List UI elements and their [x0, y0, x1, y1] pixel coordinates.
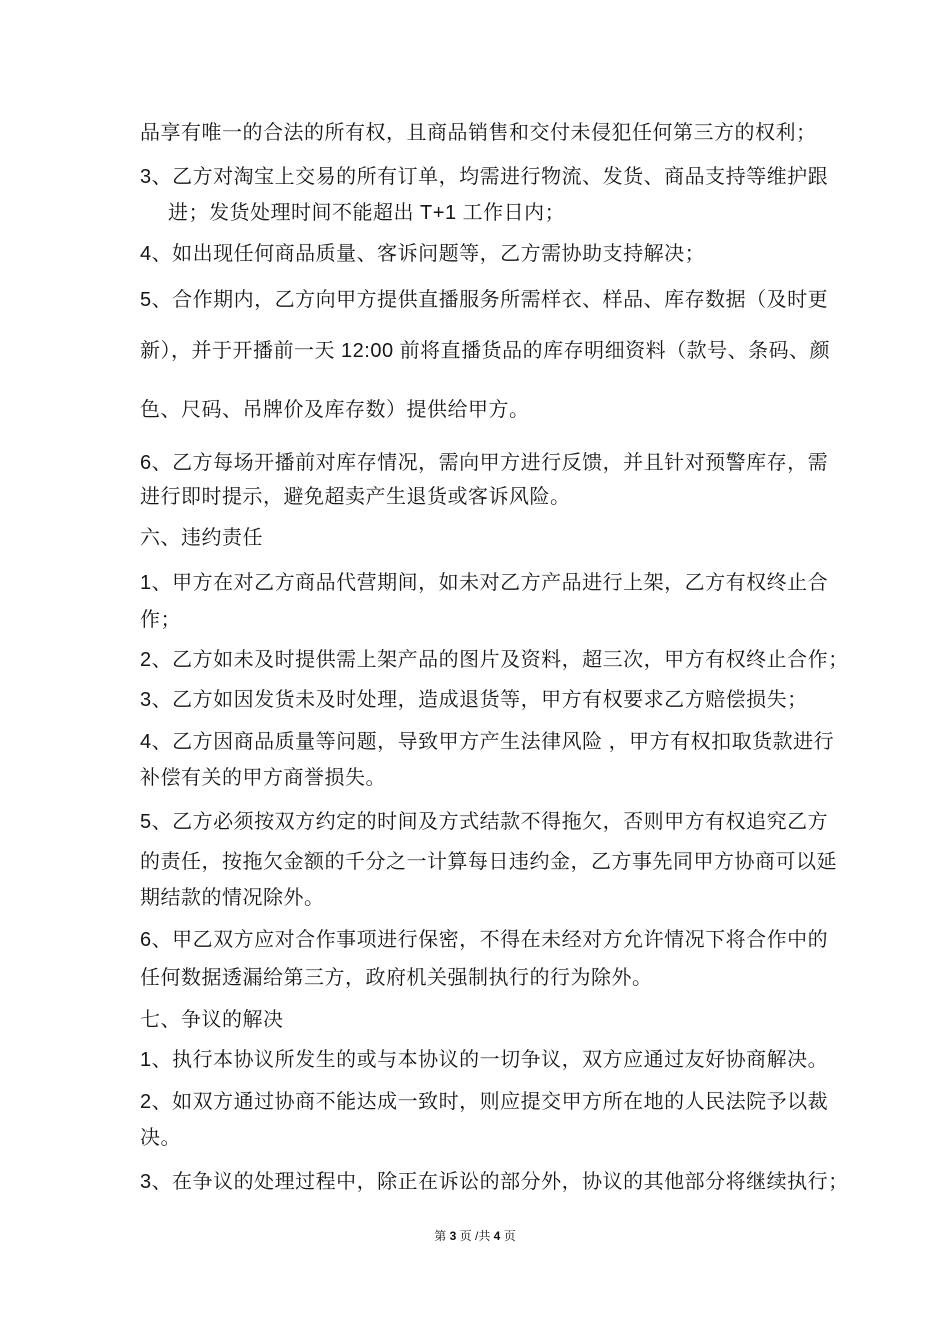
section-heading-dispute-resolution: 七、争议的解决: [140, 1006, 850, 1034]
contract-clause-6-cont: 进行即时提示，避免超卖产生退货或客诉风险。: [140, 483, 850, 511]
breach-clause-6-cont: 任何数据透漏给第三方，政府机关强制执行的行为除外。: [140, 964, 850, 992]
contract-line: 品享有唯一的合法的所有权，且商品销售和交付未侵犯任何第三方的权利；: [140, 119, 850, 147]
dispute-clause-2: 2、如双方通过协商不能达成一致时，则应提交甲方所在地的人民法院予以裁: [140, 1088, 850, 1116]
footer-middle: 页 /共: [456, 1229, 493, 1243]
breach-clause-5-cont2: 期结款的情况除外。: [140, 884, 850, 912]
contract-clause-6: 6、乙方每场开播前对库存情况，需向甲方进行反馈，并且针对预警库存，需: [140, 449, 850, 477]
breach-clause-5: 5、乙方必须按双方约定的时间及方式结款不得拖欠，否则甲方有权追究乙方: [140, 808, 850, 836]
dispute-clause-2-cont: 决。: [140, 1124, 850, 1152]
contract-clause-3-cont: 进；发货处理时间不能超出 T+1 工作日内；: [168, 199, 850, 227]
breach-clause-2: 2、乙方如未及时提供需上架产品的图片及资料，超三次，甲方有权终止合作；: [140, 646, 850, 674]
contract-clause-5-cont: 新），并于开播前一天 12:00 前将直播货品的库存明细资料（款号、条码、颜: [140, 337, 850, 365]
dispute-clause-1: 1、执行本协议所发生的或与本协议的一切争议，双方应通过友好协商解决。: [140, 1046, 850, 1074]
dispute-clause-3: 3、在争议的处理过程中，除正在诉讼的部分外，协议的其他部分将继续执行；: [140, 1168, 850, 1196]
document-page: 品享有唯一的合法的所有权，且商品销售和交付未侵犯任何第三方的权利； 3、乙方对淘…: [0, 0, 950, 1344]
breach-clause-1: 1、甲方在对乙方商品代营期间，如未对乙方产品进行上架，乙方有权终止合: [140, 569, 850, 597]
contract-clause-3: 3、乙方对淘宝上交易的所有订单，均需进行物流、发货、商品支持等维护跟: [140, 163, 850, 191]
contract-clause-5: 5、合作期内，乙方向甲方提供直播服务所需样衣、样品、库存数据（及时更: [140, 286, 850, 314]
contract-clause-5-cont2: 色、尺码、吊牌价及库存数）提供给甲方。: [140, 396, 850, 424]
section-heading-breach-liability: 六、违约责任: [140, 524, 850, 552]
contract-clause-4: 4、如出现任何商品质量、客诉问题等，乙方需协助支持解决；: [140, 240, 850, 268]
breach-clause-6: 6、甲乙双方应对合作事项进行保密，不得在未经对方允许情况下将合作中的: [140, 926, 850, 954]
footer-prefix: 第: [434, 1229, 449, 1243]
breach-clause-1-cont: 作；: [140, 606, 850, 634]
breach-clause-4-cont: 补偿有关的甲方商誉损失。: [140, 764, 850, 792]
footer-suffix: 页: [500, 1229, 515, 1243]
breach-clause-3: 3、乙方如因发货未及时处理，造成退货等，甲方有权要求乙方赔偿损失；: [140, 686, 850, 714]
page-footer: 第 3 页 /共 4 页: [0, 1228, 950, 1244]
breach-clause-5-cont: 的责任，按拖欠金额的千分之一计算每日违约金，乙方事先同甲方协商可以延: [140, 848, 850, 876]
breach-clause-4: 4、乙方因商品质量等问题，导致甲方产生法律风险 ，甲方有权扣取货款进行: [140, 728, 850, 756]
